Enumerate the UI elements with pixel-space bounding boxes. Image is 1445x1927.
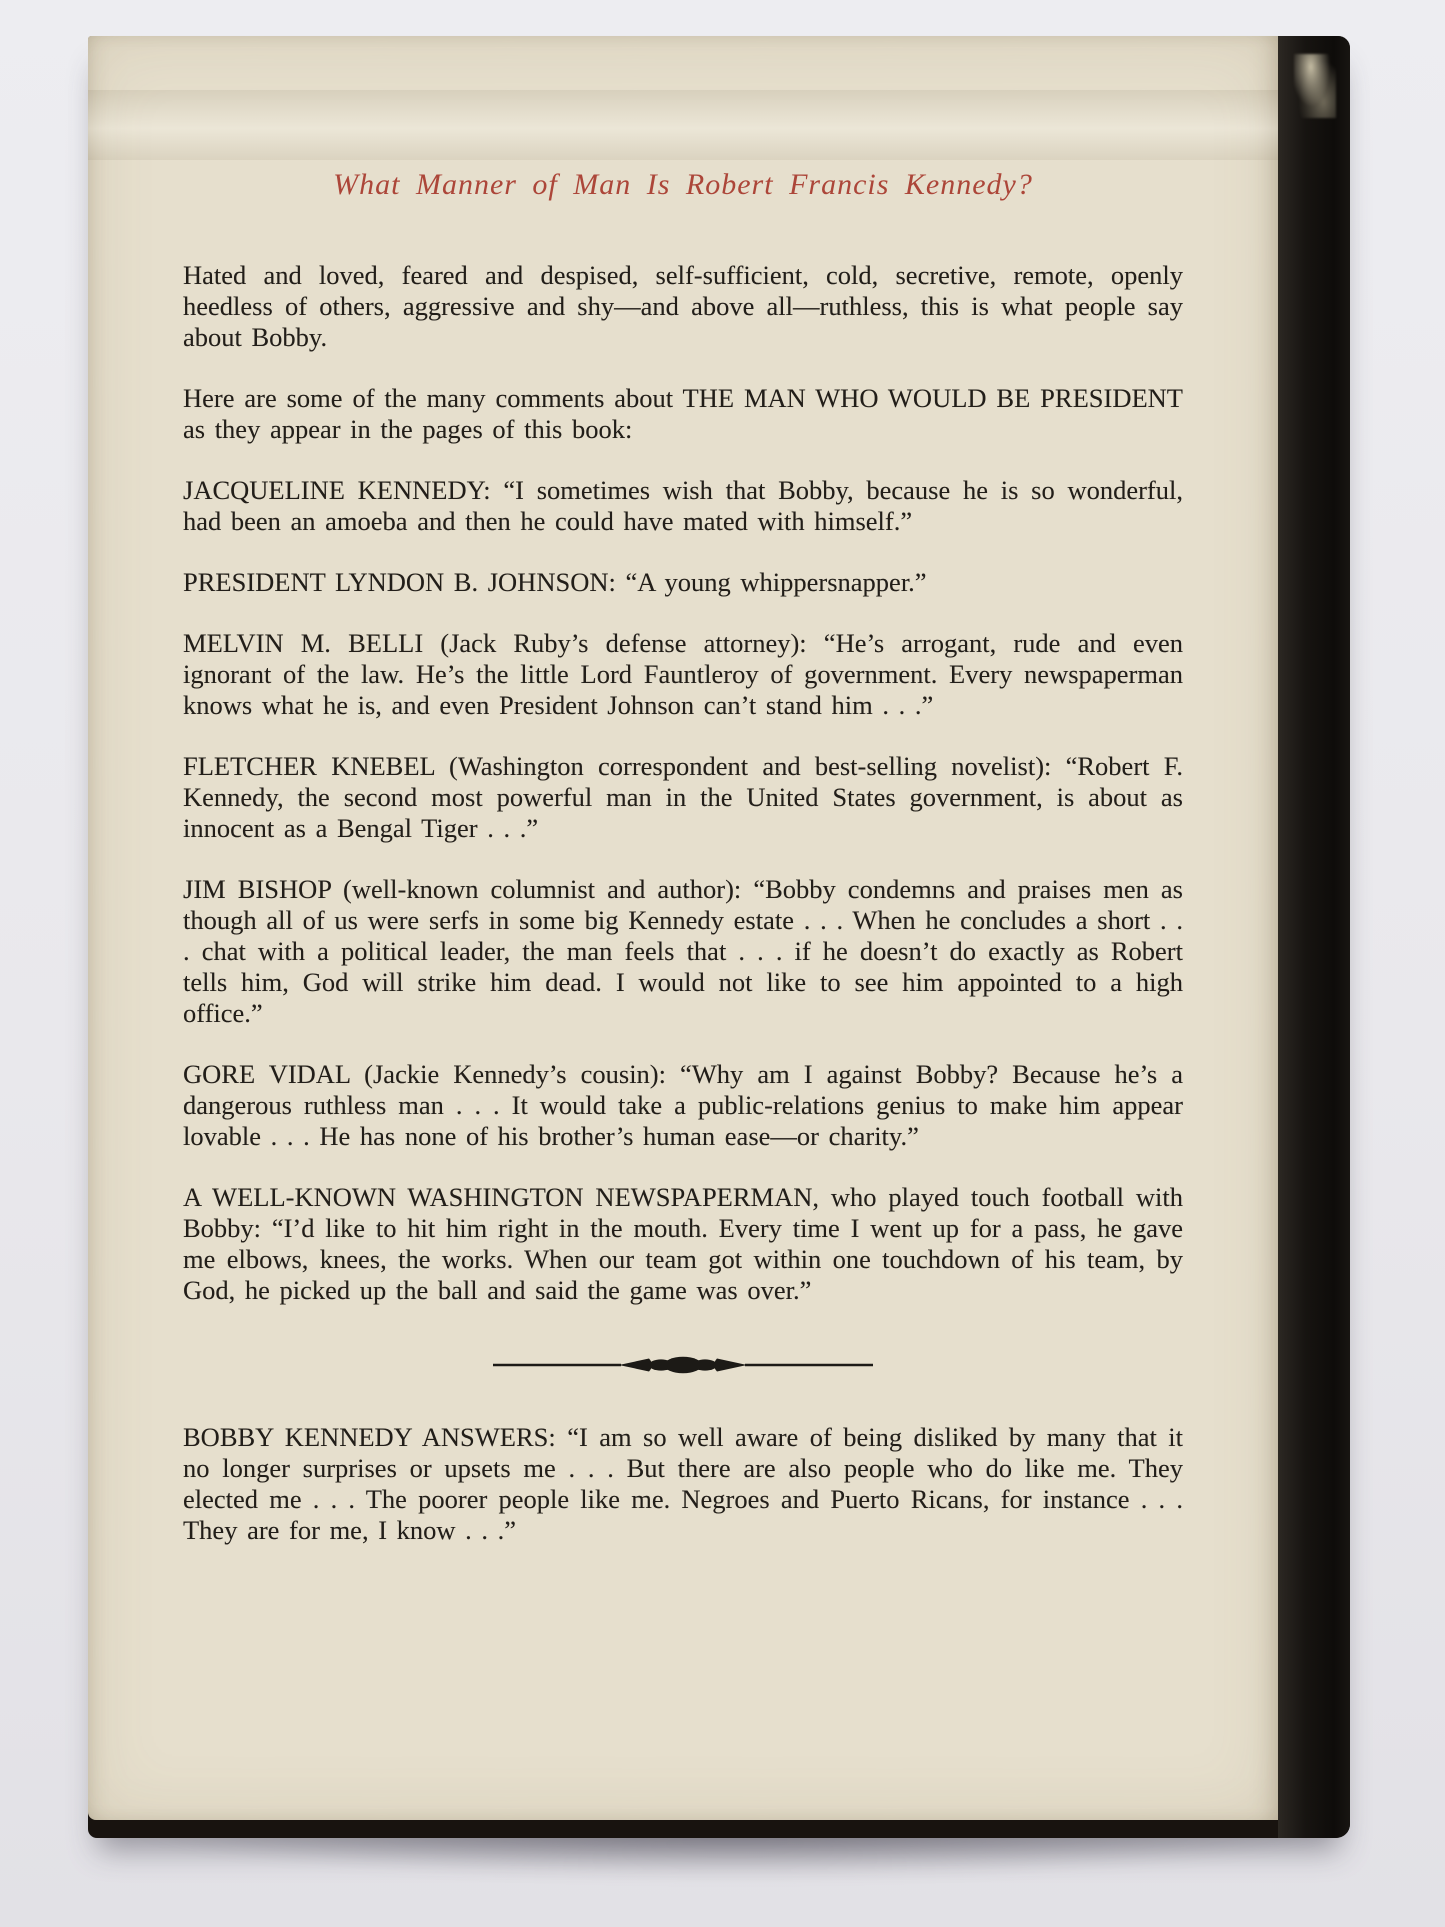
intro-paragraph: Hated and loved, feared and despised, se… bbox=[183, 260, 1183, 353]
book-spine bbox=[1278, 36, 1350, 1838]
cover-text-block: What Manner of Man Is Robert Francis Ken… bbox=[88, 36, 1278, 1656]
quote-jacqueline-kennedy: JACQUELINE KENNEDY: “I sometimes wish th… bbox=[183, 475, 1183, 537]
quote-jim-bishop: JIM BISHOP (well-known columnist and aut… bbox=[183, 874, 1183, 1029]
cover-headline: What Manner of Man Is Robert Francis Ken… bbox=[183, 168, 1183, 202]
bobby-kennedy-answer: BOBBY KENNEDY ANSWERS: “I am so well awa… bbox=[183, 1422, 1183, 1546]
quote-lyndon-johnson: PRESIDENT LYNDON B. JOHNSON: “A young wh… bbox=[183, 567, 1183, 598]
divider-ornament bbox=[493, 1352, 873, 1378]
quote-melvin-belli: MELVIN M. BELLI (Jack Ruby’s defense att… bbox=[183, 628, 1183, 721]
book-back-cover: What Manner of Man Is Robert Francis Ken… bbox=[88, 36, 1350, 1838]
quote-washington-newspaperman: A WELL-KNOWN WASHINGTON NEWSPAPERMAN, wh… bbox=[183, 1182, 1183, 1306]
photo-background: What Manner of Man Is Robert Francis Ken… bbox=[0, 0, 1445, 1927]
quote-gore-vidal: GORE VIDAL (Jackie Kennedy’s cousin): “W… bbox=[183, 1059, 1183, 1152]
quote-fletcher-knebel: FLETCHER KNEBEL (Washington corresponden… bbox=[183, 751, 1183, 844]
blank-lower-cover bbox=[183, 1576, 1183, 1656]
dust-jacket: What Manner of Man Is Robert Francis Ken… bbox=[88, 36, 1278, 1820]
divider-ornament-glyph bbox=[493, 1352, 873, 1378]
intro-paragraph: Here are some of the many comments about… bbox=[183, 383, 1183, 445]
spine-wear-mark bbox=[1294, 54, 1336, 118]
